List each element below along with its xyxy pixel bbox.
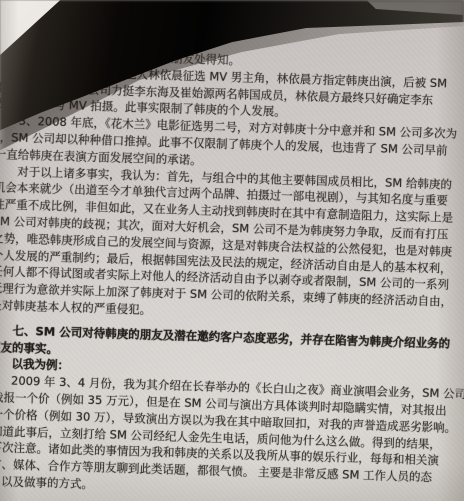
document-text: 才从知道此事的朋友处得知。 2009 年 6 月，台湾艺人林依晨征选 MV 男主… (0, 45, 464, 501)
photo-of-document: 才从知道此事的朋友处得知。 2009 年 6 月，台湾艺人林依晨征选 MV 男主… (0, 0, 464, 501)
